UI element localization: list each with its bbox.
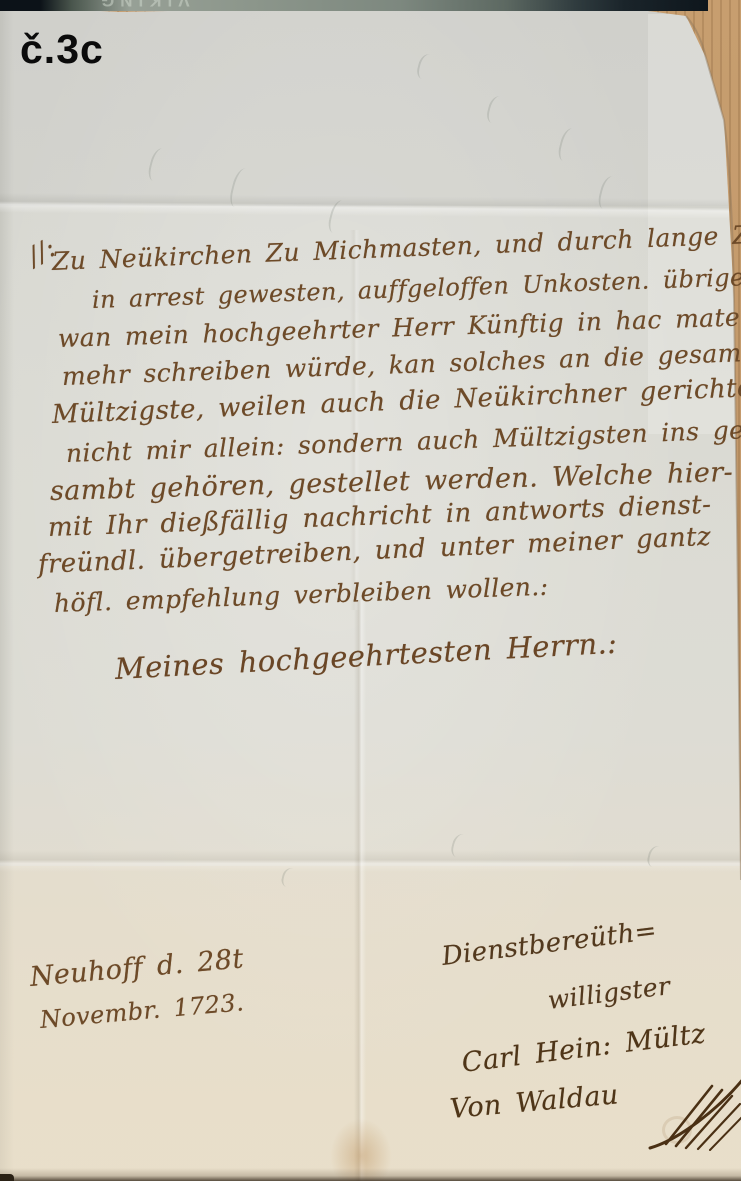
bottom-left-dark-corner — [0, 1174, 14, 1181]
folder-top-strip: VIKING — [0, 0, 708, 11]
signature-flourish — [648, 1070, 741, 1152]
bottom-edge-shadow — [0, 1168, 741, 1181]
letter-photograph: VIKING č.3c //: Zu Neükirchen Zu Michmas… — [0, 0, 741, 1181]
top-flap-tint — [0, 6, 741, 206]
archival-label: č.3c — [20, 26, 104, 73]
viking-brand-text: VIKING — [95, 0, 190, 10]
fold-crease-vertical — [354, 600, 366, 1181]
